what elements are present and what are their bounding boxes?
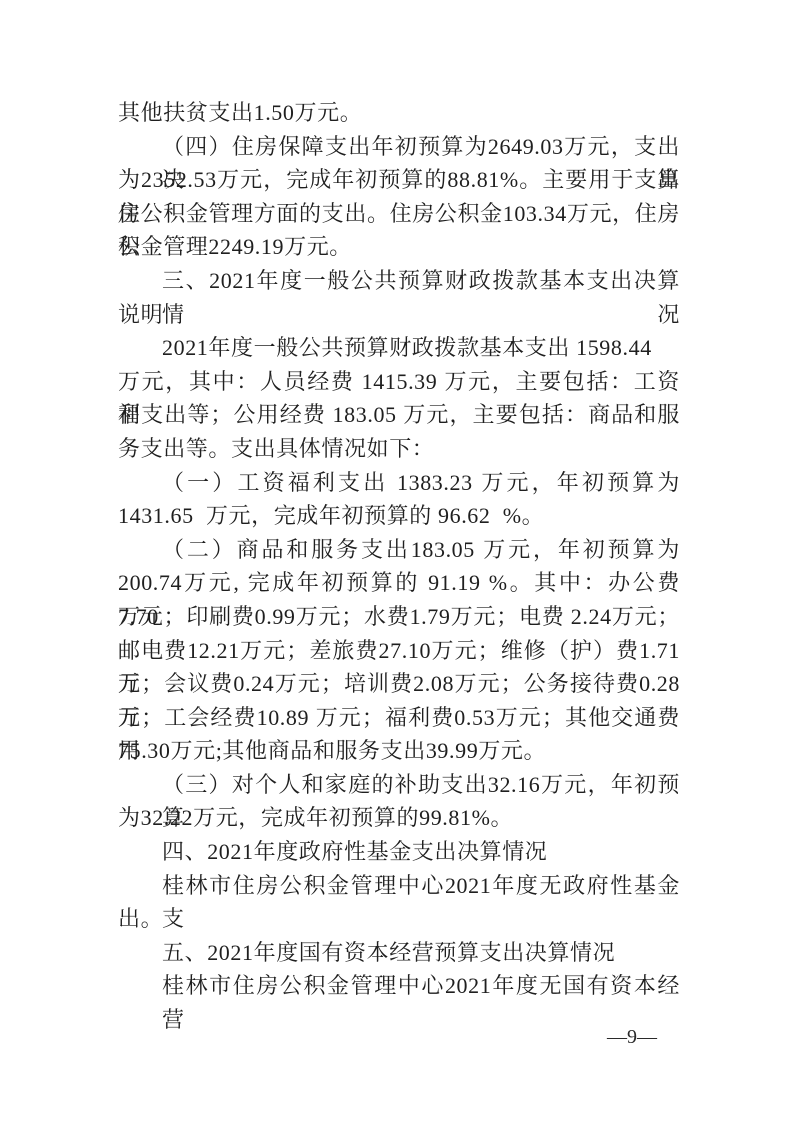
document-line: （一）工资福利支出 1383.23 万元，年初预算为 bbox=[118, 466, 680, 500]
document-line: 2021年度一般公共预算财政拨款基本支出 1598.44 bbox=[118, 331, 680, 365]
document-line: 为2352.53万元，完成年初预算的88.81%。主要用于支出住 bbox=[118, 163, 680, 197]
document-line: 75.30万元;其他商品和服务支出39.99万元。 bbox=[118, 734, 680, 768]
document-line: 出。 bbox=[118, 902, 680, 936]
document-line: 为32.22万元，完成年初预算的99.81%。 bbox=[118, 801, 680, 835]
document-line: （四）住房保障支出年初预算为2649.03万元，支出决算 bbox=[118, 130, 680, 164]
document-line: 积金管理2249.19万元。 bbox=[118, 230, 680, 264]
document-line: 桂林市住房公积金管理中心2021年度无政府性基金支 bbox=[118, 869, 680, 903]
document-line: （二）商品和服务支出183.05 万元，年初预算为 bbox=[118, 533, 680, 567]
document-line: 务支出等。支出具体情况如下： bbox=[118, 432, 680, 466]
page-number: —9— bbox=[607, 1024, 657, 1050]
document-line: 万元，其中：人员经费 1415.39 万元，主要包括：工资福 bbox=[118, 365, 680, 399]
document-line: 房公积金管理方面的支出。住房公积金103.34万元，住房公 bbox=[118, 197, 680, 231]
document-line: 1431.65 万元，完成年初预算的 96.62 %。 bbox=[118, 499, 680, 533]
document-line: 其他扶贫支出1.50万元。 bbox=[118, 96, 680, 130]
document-line: 邮电费12.21万元；差旅费27.10万元；维修（护）费1.71万 bbox=[118, 634, 680, 668]
document-line: 五、2021年度国有资本经营预算支出决算情况 bbox=[118, 936, 680, 970]
document-line: 利支出等；公用经费 183.05 万元，主要包括：商品和服 bbox=[118, 398, 680, 432]
document-lines: 其他扶贫支出1.50万元。（四）住房保障支出年初预算为2649.03万元，支出决… bbox=[118, 96, 680, 1003]
document-line: 三、2021年度一般公共预算财政拨款基本支出决算情况 bbox=[118, 264, 680, 298]
document-page: 其他扶贫支出1.50万元。（四）住房保障支出年初预算为2649.03万元，支出决… bbox=[0, 0, 800, 1131]
document-line: 200.74万元, 完成年初预算的 91.19 %。其中：办公费7.70 bbox=[118, 566, 680, 600]
document-line: 元；会议费0.24万元；培训费2.08万元；公务接待费0.28万 bbox=[118, 667, 680, 701]
document-line: 元；工会经费10.89 万元；福利费0.53万元；其他交通费用 bbox=[118, 701, 680, 735]
document-line: 桂林市住房公积金管理中心2021年度无国有资本经营 bbox=[118, 969, 680, 1003]
document-line: （三）对个人和家庭的补助支出32.16万元，年初预算 bbox=[118, 768, 680, 802]
document-line: 万元；印刷费0.99万元；水费1.79万元；电费 2.24万元； bbox=[118, 600, 680, 634]
document-line: 四、2021年度政府性基金支出决算情况 bbox=[118, 835, 680, 869]
